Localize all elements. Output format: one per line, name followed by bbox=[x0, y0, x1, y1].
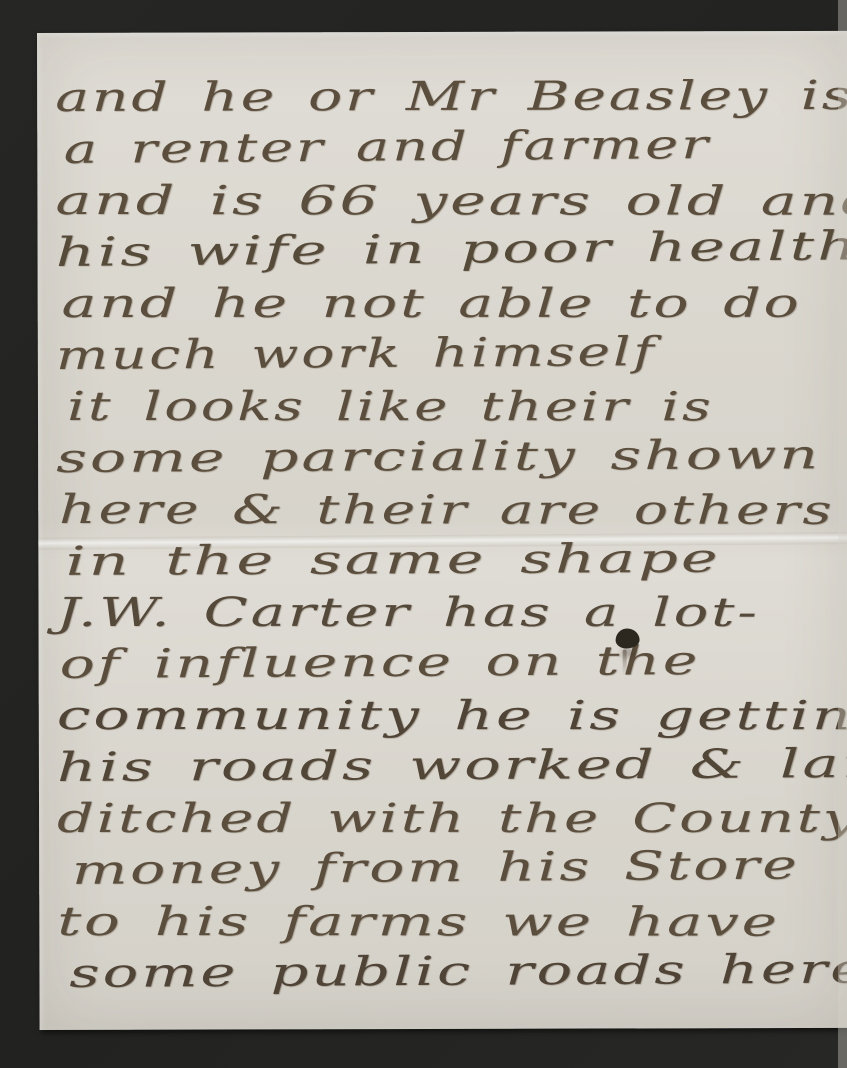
letter-line: community he is getting bbox=[57, 691, 847, 743]
letter-line: in the same shape bbox=[56, 531, 847, 588]
letter-line: it looks like their is bbox=[56, 382, 847, 434]
letter-line: some public roads here bbox=[57, 942, 847, 1000]
ink-blot bbox=[616, 628, 640, 648]
letter-line: J.W. Carter has a lot- bbox=[56, 588, 847, 640]
letter-body: and he or Mr Beasley is a renter and far… bbox=[55, 71, 841, 1000]
letter-line: and is 66 years old and bbox=[55, 176, 847, 229]
letter-line: much work himself bbox=[56, 324, 847, 382]
letter-line: some parciality shown bbox=[56, 428, 847, 485]
letter-line: and he or Mr Beasley is bbox=[55, 70, 847, 124]
letter-line: his wife in poor health bbox=[55, 217, 847, 278]
letter-line: to his farms we have bbox=[57, 897, 847, 950]
ink-smudge bbox=[623, 649, 627, 675]
scan-background: and he or Mr Beasley is a renter and far… bbox=[0, 0, 847, 1068]
letter-page: and he or Mr Beasley is a renter and far… bbox=[37, 31, 847, 1030]
letter-line: and he not able to do bbox=[56, 279, 847, 331]
letter-line: ditched with the Countys bbox=[57, 794, 847, 846]
letter-line: of influence on the bbox=[56, 632, 847, 691]
letter-line: a renter and farmer bbox=[55, 116, 847, 176]
letter-line: his roads worked & land bbox=[57, 737, 847, 794]
letter-line: money from his Store bbox=[57, 837, 847, 897]
letter-line: here & their are others bbox=[56, 485, 847, 538]
